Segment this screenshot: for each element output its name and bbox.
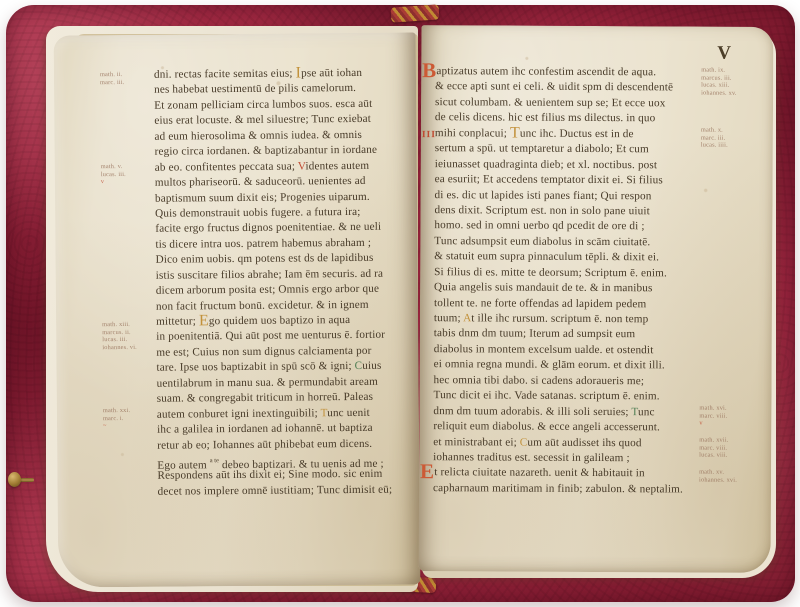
manuscript-text-line: ea esuriit; Et accedens temptator dixit … — [435, 172, 691, 189]
manuscript-text-line: hec omnia tibi dabo. si cadens adoraueri… — [434, 373, 690, 390]
canon-reference-gloss: math. v.lucas. iii.v — [101, 163, 153, 186]
red-correction-mark: v — [101, 178, 153, 186]
right-page: V III Baptizatus autem ihc confestim asc… — [419, 25, 774, 573]
canon-reference-gloss: math. xv.iohannes. xvi. — [699, 469, 759, 485]
manuscript-text-line: diabolus in montem excelsum ualde. et os… — [434, 342, 690, 359]
manuscript-text-line: sicut columbam. & uenientem sup se; Et e… — [435, 95, 691, 112]
manuscript-text-line: mihi conplacui; Tunc ihc. Ductus est in … — [435, 126, 691, 143]
decorated-initial: C — [355, 360, 363, 372]
manuscript-text-line: & statuit eum supra pinnaculum tēpli. & … — [434, 249, 690, 266]
manuscript-text-line: iohannes traditus est. secessit in galil… — [433, 450, 689, 467]
manuscript-text-line: de celis dicens. hic est filius ms dilec… — [435, 110, 691, 127]
manuscript-text-line: Et relicta ciuitate nazareth. uenit & ha… — [433, 466, 689, 483]
gloss-line: math. xv. — [699, 469, 759, 477]
clasp-knob — [8, 472, 21, 487]
gloss-line: iohannes. xv. — [701, 89, 761, 97]
canon-reference-gloss: math. xvii.marc. viii.lucas. viii. — [699, 437, 759, 460]
decorated-initial: E — [199, 316, 209, 326]
decorated-initial: I — [296, 68, 302, 78]
left-page: dni. rectas facite semitas eius; Ipse aū… — [54, 32, 421, 587]
manuscript-text-line: capharnaum maritimam in finib; zabulon. … — [433, 481, 689, 498]
right-text-column: Baptizatus autem ihc confestim ascendit … — [433, 64, 691, 498]
gloss-line: marc. viii. — [699, 412, 759, 420]
manuscript-text-line: ieiunasset quadraginta dieb; et xl. noct… — [435, 157, 691, 174]
gloss-line: math. ix. — [701, 67, 761, 75]
gloss-line: lucas. xiii. — [701, 82, 761, 90]
manuscript-text-line: Tunc adsumpsit eum diabolus in scām ciui… — [434, 234, 690, 251]
gloss-line: lucas. iiii. — [701, 142, 761, 150]
manuscript-text-line: sertum a spū. ut temptaretur a diabolo; … — [435, 141, 691, 158]
gloss-line: marc. iii. — [100, 78, 152, 86]
gloss-line: math. xvi. — [699, 405, 759, 413]
decorated-initial: A — [463, 312, 471, 324]
manuscript-text-line: Quia angelis suis mandauit de te. & in m… — [434, 280, 690, 297]
manuscript-text-line: eius erat locuste. & mel siluestre; Tunc… — [154, 112, 408, 130]
gloss-line: iohannes. xvi. — [699, 476, 759, 484]
canon-reference-gloss: math. xvi.marc. viii.v — [699, 405, 759, 428]
decorated-initial: a te — [210, 457, 219, 464]
manuscript-text-line: dicem arborum posita est; Omnis ergo arb… — [156, 282, 410, 300]
manuscript-text-line: Si filius di es. mitte te deorsum; Scrip… — [434, 265, 690, 282]
left-text-column: dni. rectas facite semitas eius; Ipse aū… — [154, 65, 412, 499]
canon-reference-gloss: math. ii.marc. iii. — [100, 71, 152, 87]
decorated-initial: E — [420, 466, 434, 476]
manuscript-text-line: Tunc dicit ei ihc. Vade satanas. scriptu… — [433, 388, 689, 405]
manuscript-text-line: regio circa iordanen. & baptizabantur in… — [155, 143, 409, 161]
canon-reference-gloss: math. x.marc. iii.lucas. iiii. — [701, 127, 761, 150]
manuscript-text-line: tabis dnm dm tuum; Iterum ad sumpsit eum — [434, 327, 690, 344]
decorated-initial: B — [422, 65, 436, 75]
manuscript-text-line: di es. dic ut lapides isti panes fiant; … — [434, 188, 690, 205]
canon-reference-gloss: math. ix.marcus. iii.lucas. xiii.iohanne… — [701, 67, 761, 98]
red-correction-mark: ~ — [103, 422, 155, 430]
decorated-initial: T — [321, 407, 328, 419]
manuscript-text-line: reliquit eum diabolus. & ecce angeli acc… — [433, 419, 689, 436]
manuscript-text-line: facite ergo fructus dignos poenitentiae.… — [155, 220, 409, 238]
manuscript-text-line: Baptizatus autem ihc confestim ascendit … — [435, 64, 691, 81]
gloss-line: lucas. viii. — [699, 452, 759, 460]
manuscript-text-line: dnm dm tuum adorabis. & illi soli seruie… — [433, 404, 689, 421]
decorated-initial: T — [510, 128, 520, 138]
manuscript-text-line: homo. sed in omni uerbo qd pcedit de ore… — [434, 219, 690, 236]
manuscript-text-line: & ecce apti sunt ei celi. & uidit spm di… — [435, 80, 691, 97]
decorated-initial: C — [520, 436, 528, 448]
red-correction-mark: v — [699, 420, 759, 428]
gloss-line: math. x. — [701, 127, 761, 135]
decorated-initial: V — [298, 160, 306, 172]
brass-clasp-pin — [8, 471, 34, 489]
manuscript-text-line: et ministrabant ei; Cum aūt audisset ihs… — [433, 435, 689, 452]
manuscript-text-line: suam. & congregabit triticum in horreū. … — [157, 390, 411, 408]
manuscript-text-line: decet nos implere omnē iustitiam; Tunc d… — [158, 482, 412, 500]
manuscript-text-line: Dico enim uobis. qm potens est ds de lap… — [155, 251, 409, 269]
gloss-line: math. xvii. — [699, 437, 759, 445]
canon-reference-gloss: math. xiii.marcus. ii.lucas. iii.iohanne… — [102, 321, 154, 352]
quire-signature-mark: V — [717, 43, 730, 65]
decorated-initial: T — [631, 406, 638, 418]
gloss-line: iohannes. vi. — [102, 344, 154, 352]
manuscript-text-line: tuum; At ille ihc rursum. scriptum ē. no… — [434, 311, 690, 328]
manuscript-text-line: in poenitentiā. Qui aūt post me uenturus… — [156, 328, 410, 346]
manuscript-text-line: ei omnia regna mundi. & glām eorum. et d… — [434, 357, 690, 374]
manuscript-photo: dni. rectas facite semitas eius; Ipse aū… — [0, 0, 800, 607]
manuscript-text-line: tollent te. ne forte offendas ad lapidem… — [434, 296, 690, 313]
canon-reference-gloss: math. xxi.marc. i.~ — [103, 407, 155, 430]
manuscript-text-line: dens dixit. Scriptum est. non in solo pa… — [434, 203, 690, 220]
